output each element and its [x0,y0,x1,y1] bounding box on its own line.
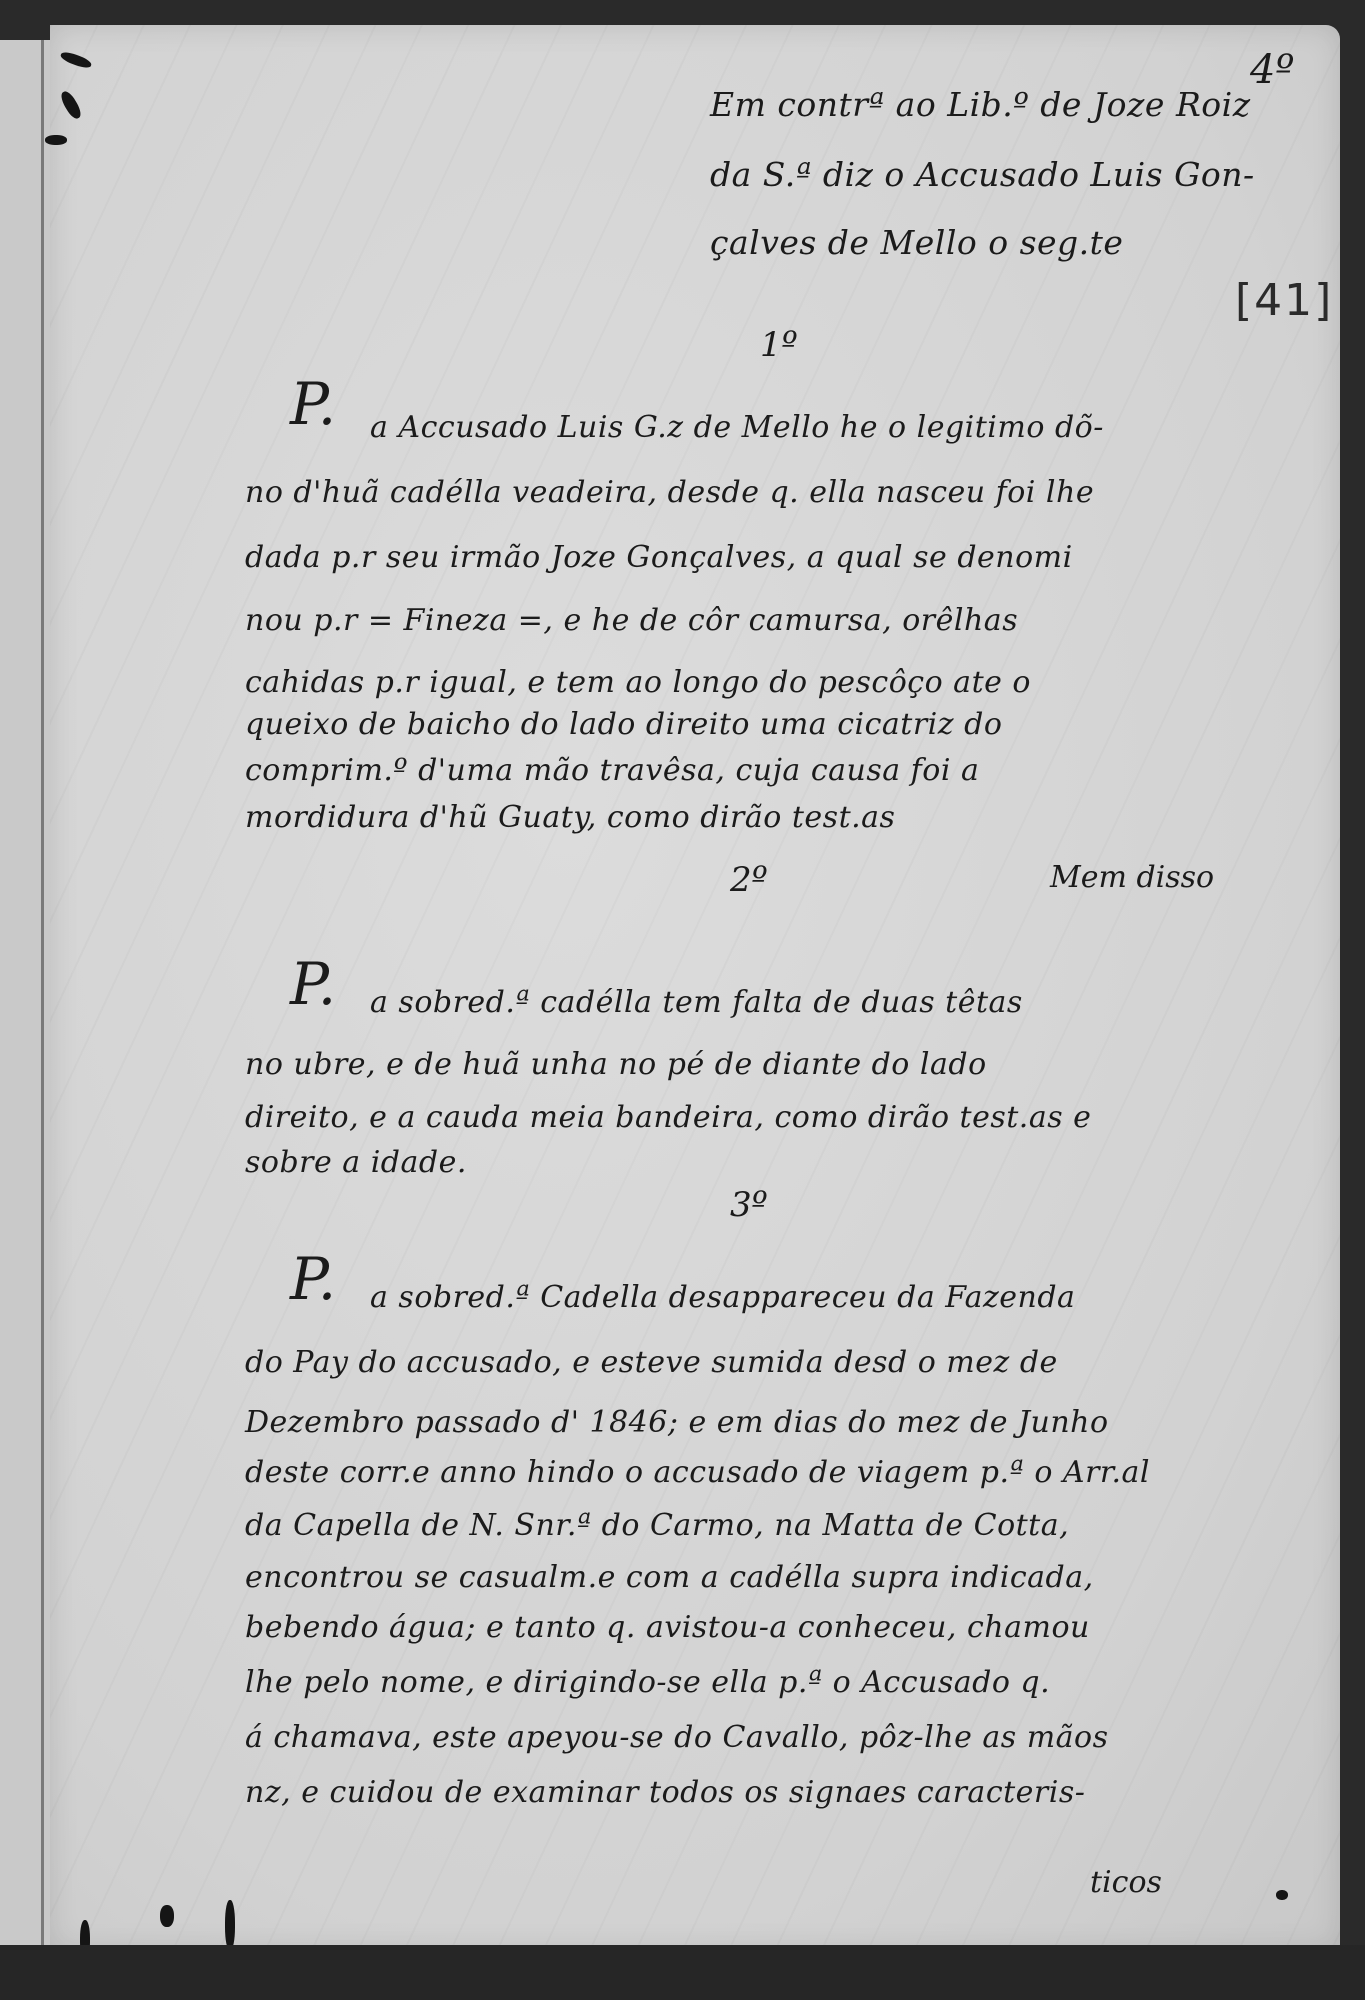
article-line: encontrou se casualm.e com a cadélla sup… [245,1560,1094,1595]
ink-stain [1276,1890,1288,1900]
article-line: do Pay do accusado, e esteve sumida desd… [245,1345,1058,1380]
article-line: a Accusado Luis G.z de Mello he o legiti… [370,410,1104,445]
manuscript-page: 4º Em contrª ao Lib.º de Joze Roiz da S.… [50,25,1340,1950]
article-line: dada p.r seu irmão Joze Gonçalves, a qua… [245,540,1073,575]
folio-number: 4º [1250,47,1294,93]
ink-stain [58,89,83,121]
article-line: da Capella de N. Snr.ª do Carmo, na Matt… [245,1508,1069,1543]
article-line: á chamava, este apeyou-se do Cavallo, pô… [245,1720,1108,1755]
article-line: queixo de baicho do lado direito uma cic… [245,707,1002,742]
ink-stain [59,50,92,70]
ink-stain [160,1905,174,1927]
header-line: da S.ª diz o Accusado Luis Gon- [710,155,1255,194]
catchword: ticos [1090,1865,1162,1900]
article-line: bebendo água; e tanto q. avistou-a conhe… [245,1610,1090,1645]
article-line: a sobred.ª Cadella desappareceu da Fazen… [370,1280,1075,1315]
ink-stain [45,135,67,145]
article-initial: P. [290,375,337,433]
article-line: a sobred.ª cadélla tem falta de duas têt… [370,985,1023,1020]
article-number: 2º [730,860,768,900]
article-line: nz, e cuidou de examinar todos os signae… [245,1775,1085,1810]
scan-border [0,1945,1365,2000]
article-line: cahidas p.r igual, e tem ao longo do pes… [245,665,1031,700]
article-initial: P. [290,955,337,1013]
article-line: sobre a idade. [245,1145,467,1180]
header-line: Em contrª ao Lib.º de Joze Roiz [710,85,1251,124]
article-line: no ubre, e de huã unha no pé de diante d… [245,1047,987,1082]
article-line: lhe pelo nome, e dirigindo-se ella p.ª o… [245,1665,1050,1700]
article-line: Dezembro passado d' 1846; e em dias do m… [245,1405,1109,1440]
ink-stain [225,1900,235,1950]
margin-rule [41,40,44,1975]
article-initial: P. [290,1250,337,1308]
article-line: comprim.º d'uma mão travêsa, cuja causa … [245,753,979,788]
article-line: nou p.r = Fineza =, e he de côr camursa,… [245,603,1018,638]
binding-edge [0,40,50,1975]
article-line: deste corr.e anno hindo o accusado de vi… [245,1455,1150,1490]
header-line: çalves de Mello o seg.te [710,223,1123,262]
margin-note: Mem disso [1050,860,1214,895]
article-line: mordidura d'hũ Guaty, como dirão test.as [245,800,895,835]
article-line: direito, e a cauda meia bandeira, como d… [245,1100,1091,1135]
article-number: 1º [760,325,798,365]
article-number: 3º [730,1185,768,1225]
archive-stamp: [41] [1235,275,1333,326]
article-line: no d'huã cadélla veadeira, desde q. ella… [245,475,1094,510]
